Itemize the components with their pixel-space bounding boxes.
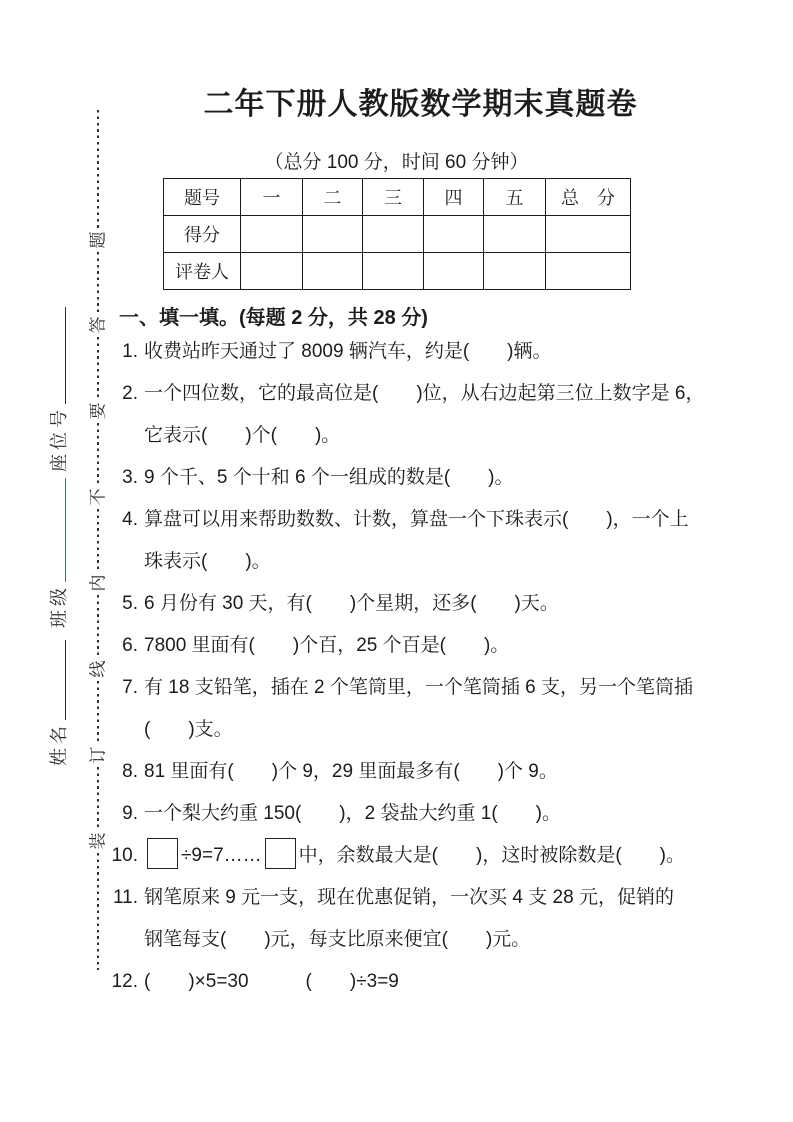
binding-dots [97, 681, 100, 743]
question-8: 8.81 里面有( )个 9，29 里面最多有( )个 9。 [100, 751, 740, 793]
question-2-line-2: 它表示( )个( )。 [100, 415, 740, 457]
seat-number-text: 座位号 [45, 406, 72, 472]
binding-char: 装 [86, 832, 110, 849]
question-text: 7800 里面有( )个百，25 个百是( )。 [144, 635, 509, 656]
binding-dots [97, 337, 100, 399]
question-3: 3.9 个千、5 个十和 6 个一组成的数是( )。 [100, 457, 740, 499]
question-text: 钢笔原来 9 元一支，现在优惠促销，一次买 4 支 28 元，促销的 [144, 887, 674, 908]
question-text: 收费站昨天通过了 8009 辆汽车，约是( )辆。 [144, 341, 551, 362]
binding-char: 订 [86, 746, 110, 763]
question-text: 一个四位数，它的最高位是( )位，从右边起第三位上数字是 6， [144, 383, 705, 404]
binding-char: 内 [86, 574, 110, 591]
header-cell-part3: 三 [363, 179, 424, 216]
grader-row: 评卷人 [164, 253, 631, 290]
binding-char: 答 [86, 317, 110, 334]
grader-cell [424, 253, 484, 290]
binding-dots [97, 110, 100, 228]
question-10: 10.÷9=7……中，余数最大是( )，这时被除数是( )。 [100, 835, 740, 877]
score-cell [363, 216, 424, 253]
question-text: 9 个千、5 个十和 6 个一组成的数是( )。 [144, 467, 513, 488]
question-text: ( )×5=30 ( )÷3=9 [144, 971, 399, 992]
name-text: 姓名 [45, 722, 72, 766]
header-cell-part4: 四 [424, 179, 484, 216]
question-1: 1.收费站昨天通过了 8009 辆汽车，约是( )辆。 [100, 331, 740, 373]
header-cell-question-no: 题号 [164, 179, 241, 216]
class-label: 班级 [46, 478, 72, 628]
binding-char: 不 [86, 489, 110, 506]
binding-dots [97, 595, 100, 657]
question-text: 有 18 支铅笔，插在 2 个笔筒里，一个笔筒插 6 支，另一个笔筒插 [144, 677, 693, 698]
score-cell [241, 216, 303, 253]
binding-char: 题 [86, 231, 110, 248]
binding-dots [97, 423, 100, 485]
answer-box [147, 838, 178, 869]
binding-dots [97, 767, 100, 829]
question-7-line-2: ( )支。 [100, 709, 740, 751]
exam-paper-page: 二年下册人教版数学期末真题卷 （总分 100 分，时间 60 分钟） 题号 一 … [0, 0, 793, 1122]
grader-cell [484, 253, 546, 290]
header-cell-part5: 五 [484, 179, 546, 216]
question-12: 12.( )×5=30 ( )÷3=9 [100, 961, 740, 1003]
grader-cell [241, 253, 303, 290]
question-text: 6 月份有 30 天，有( )个星期，还多( )天。 [144, 593, 559, 614]
answer-box [265, 838, 296, 869]
question-11-line-2: 钢笔每支( )元，每支比原来便宜( )元。 [100, 919, 740, 961]
name-blank-line [65, 640, 66, 720]
class-text: 班级 [45, 584, 72, 628]
grader-cell [546, 253, 631, 290]
grader-cell [363, 253, 424, 290]
score-table: 题号 一 二 三 四 五 总 分 得分 评卷人 [163, 178, 631, 290]
row-label-grader: 评卷人 [164, 253, 241, 290]
score-cell [546, 216, 631, 253]
header-cell-part2: 二 [303, 179, 363, 216]
score-table-header-row: 题号 一 二 三 四 五 总 分 [164, 179, 631, 216]
question-5: 5.6 月份有 30 天，有( )个星期，还多( )天。 [100, 583, 740, 625]
score-cell [424, 216, 484, 253]
row-label-score: 得分 [164, 216, 241, 253]
binding-char: 线 [86, 660, 110, 677]
binding-dots [97, 853, 100, 971]
question-4-line-2: 珠表示( )。 [100, 541, 740, 583]
question-list: 1.收费站昨天通过了 8009 辆汽车，约是( )辆。 2.一个四位数，它的最高… [100, 331, 740, 1003]
question-text: 算盘可以用来帮助数数、计数，算盘一个下珠表示( )，一个上 [144, 509, 689, 530]
binding-dots [97, 252, 100, 314]
score-cell [303, 216, 363, 253]
question-6: 6.7800 里面有( )个百，25 个百是( )。 [100, 625, 740, 667]
seat-number-label: 座位号 [46, 307, 72, 472]
question-text: 81 里面有( )个 9，29 里面最多有( )个 9。 [144, 761, 558, 782]
question-text: 中，余数最大是( )，这时被除数是( )。 [299, 845, 685, 866]
question-7: 7.有 18 支铅笔，插在 2 个笔筒里，一个笔筒插 6 支，另一个笔筒插 [100, 667, 740, 709]
section-one-heading: 一、填一填。(每题 2 分，共 28 分) [119, 301, 428, 330]
question-2: 2.一个四位数，它的最高位是( )位，从右边起第三位上数字是 6， [100, 373, 740, 415]
name-label: 姓名 [46, 640, 72, 766]
header-cell-part1: 一 [241, 179, 303, 216]
question-11: 11.钢笔原来 9 元一支，现在优惠促销，一次买 4 支 28 元，促销的 [100, 877, 740, 919]
seat-number-blank-line [65, 307, 66, 404]
grader-cell [303, 253, 363, 290]
score-cell [484, 216, 546, 253]
question-4: 4.算盘可以用来帮助数数、计数，算盘一个下珠表示( )，一个上 [100, 499, 740, 541]
question-text: 一个梨大约重 150( )，2 袋盐大约重 1( )。 [144, 803, 561, 824]
binding-dots [97, 509, 100, 571]
binding-line: 题 答 要 不 内 线 订 装 [85, 110, 111, 970]
binding-char: 要 [86, 403, 110, 420]
page-subtitle: （总分 100 分，时间 60 分钟） [0, 147, 793, 174]
score-row: 得分 [164, 216, 631, 253]
header-cell-total: 总 分 [546, 179, 631, 216]
question-9: 9.一个梨大约重 150( )，2 袋盐大约重 1( )。 [100, 793, 740, 835]
question-text: ÷9=7…… [181, 845, 262, 866]
page-title: 二年下册人教版数学期末真题卷 [48, 79, 793, 123]
class-blank-line [65, 478, 66, 582]
